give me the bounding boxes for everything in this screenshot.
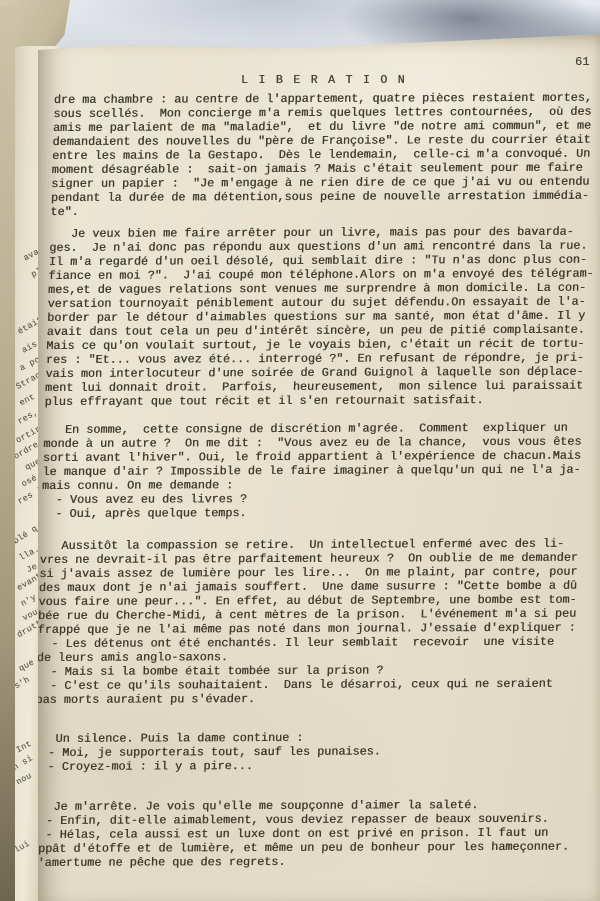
text-line: L'amertume ne pêche que des regrets.: [30, 854, 577, 870]
margin-text-fragment: Int: [15, 739, 34, 755]
margin-text-fragment: blé q: [11, 524, 39, 547]
text-line: le manque d'air ? Impossible de le faire…: [42, 463, 589, 479]
book-photo: avance,plus amétait fais voula pour tStr…: [0, 0, 600, 901]
paragraph: En somme, cette consigne de discrétion m…: [41, 421, 590, 521]
paragraph: Un silence. Puis la dame continue : - Mo…: [33, 730, 580, 774]
text-line: pendant la durée de ma détention,sous pe…: [51, 189, 598, 205]
margin-text-fragment: s'h: [13, 675, 32, 692]
paragraph: dre ma chambre : au centre de l'appartem…: [50, 91, 600, 219]
text-line: - Oui, après quelque temps.: [41, 505, 588, 521]
text-line: appât d'étoffe et de lumière, et même un…: [31, 840, 578, 856]
paragraph: Je m'arrête. Je vois qu'elle me soupçonn…: [30, 798, 578, 870]
text-line: ment lui donnait droit. Parfois, heureus…: [45, 379, 592, 395]
page-header-title: L I B E R A T I O N: [241, 74, 406, 87]
margin-text-fragment: lui: [13, 839, 32, 856]
text-line: plus effrayant que tout récit et il s'en…: [44, 393, 591, 409]
text-line: - C'est ce qu'ils souhaitaient. Dans le …: [36, 677, 583, 693]
text-line: te".: [50, 203, 597, 219]
page-body-text: dre ma chambre : au centre de l'appartem…: [30, 91, 600, 870]
paragraph: Je veux bien me faire arrêter pour un li…: [44, 225, 596, 409]
text-line: - Croyez-moi : il y a pire...: [33, 758, 580, 774]
book-page: L I B E R A T I O N 61 dre ma chambre : …: [38, 34, 600, 901]
text-line: - Les détenus ont été enchantés. Il leur…: [37, 635, 584, 651]
page-number: 61: [575, 55, 589, 69]
paragraph: Aussitôt la compassion se retire. Un int…: [35, 537, 586, 707]
book-edge-strip: [0, 6, 15, 901]
text-line: pas morts auraient pu s'évader.: [35, 691, 582, 707]
margin-text-fragment: nou: [15, 771, 34, 787]
